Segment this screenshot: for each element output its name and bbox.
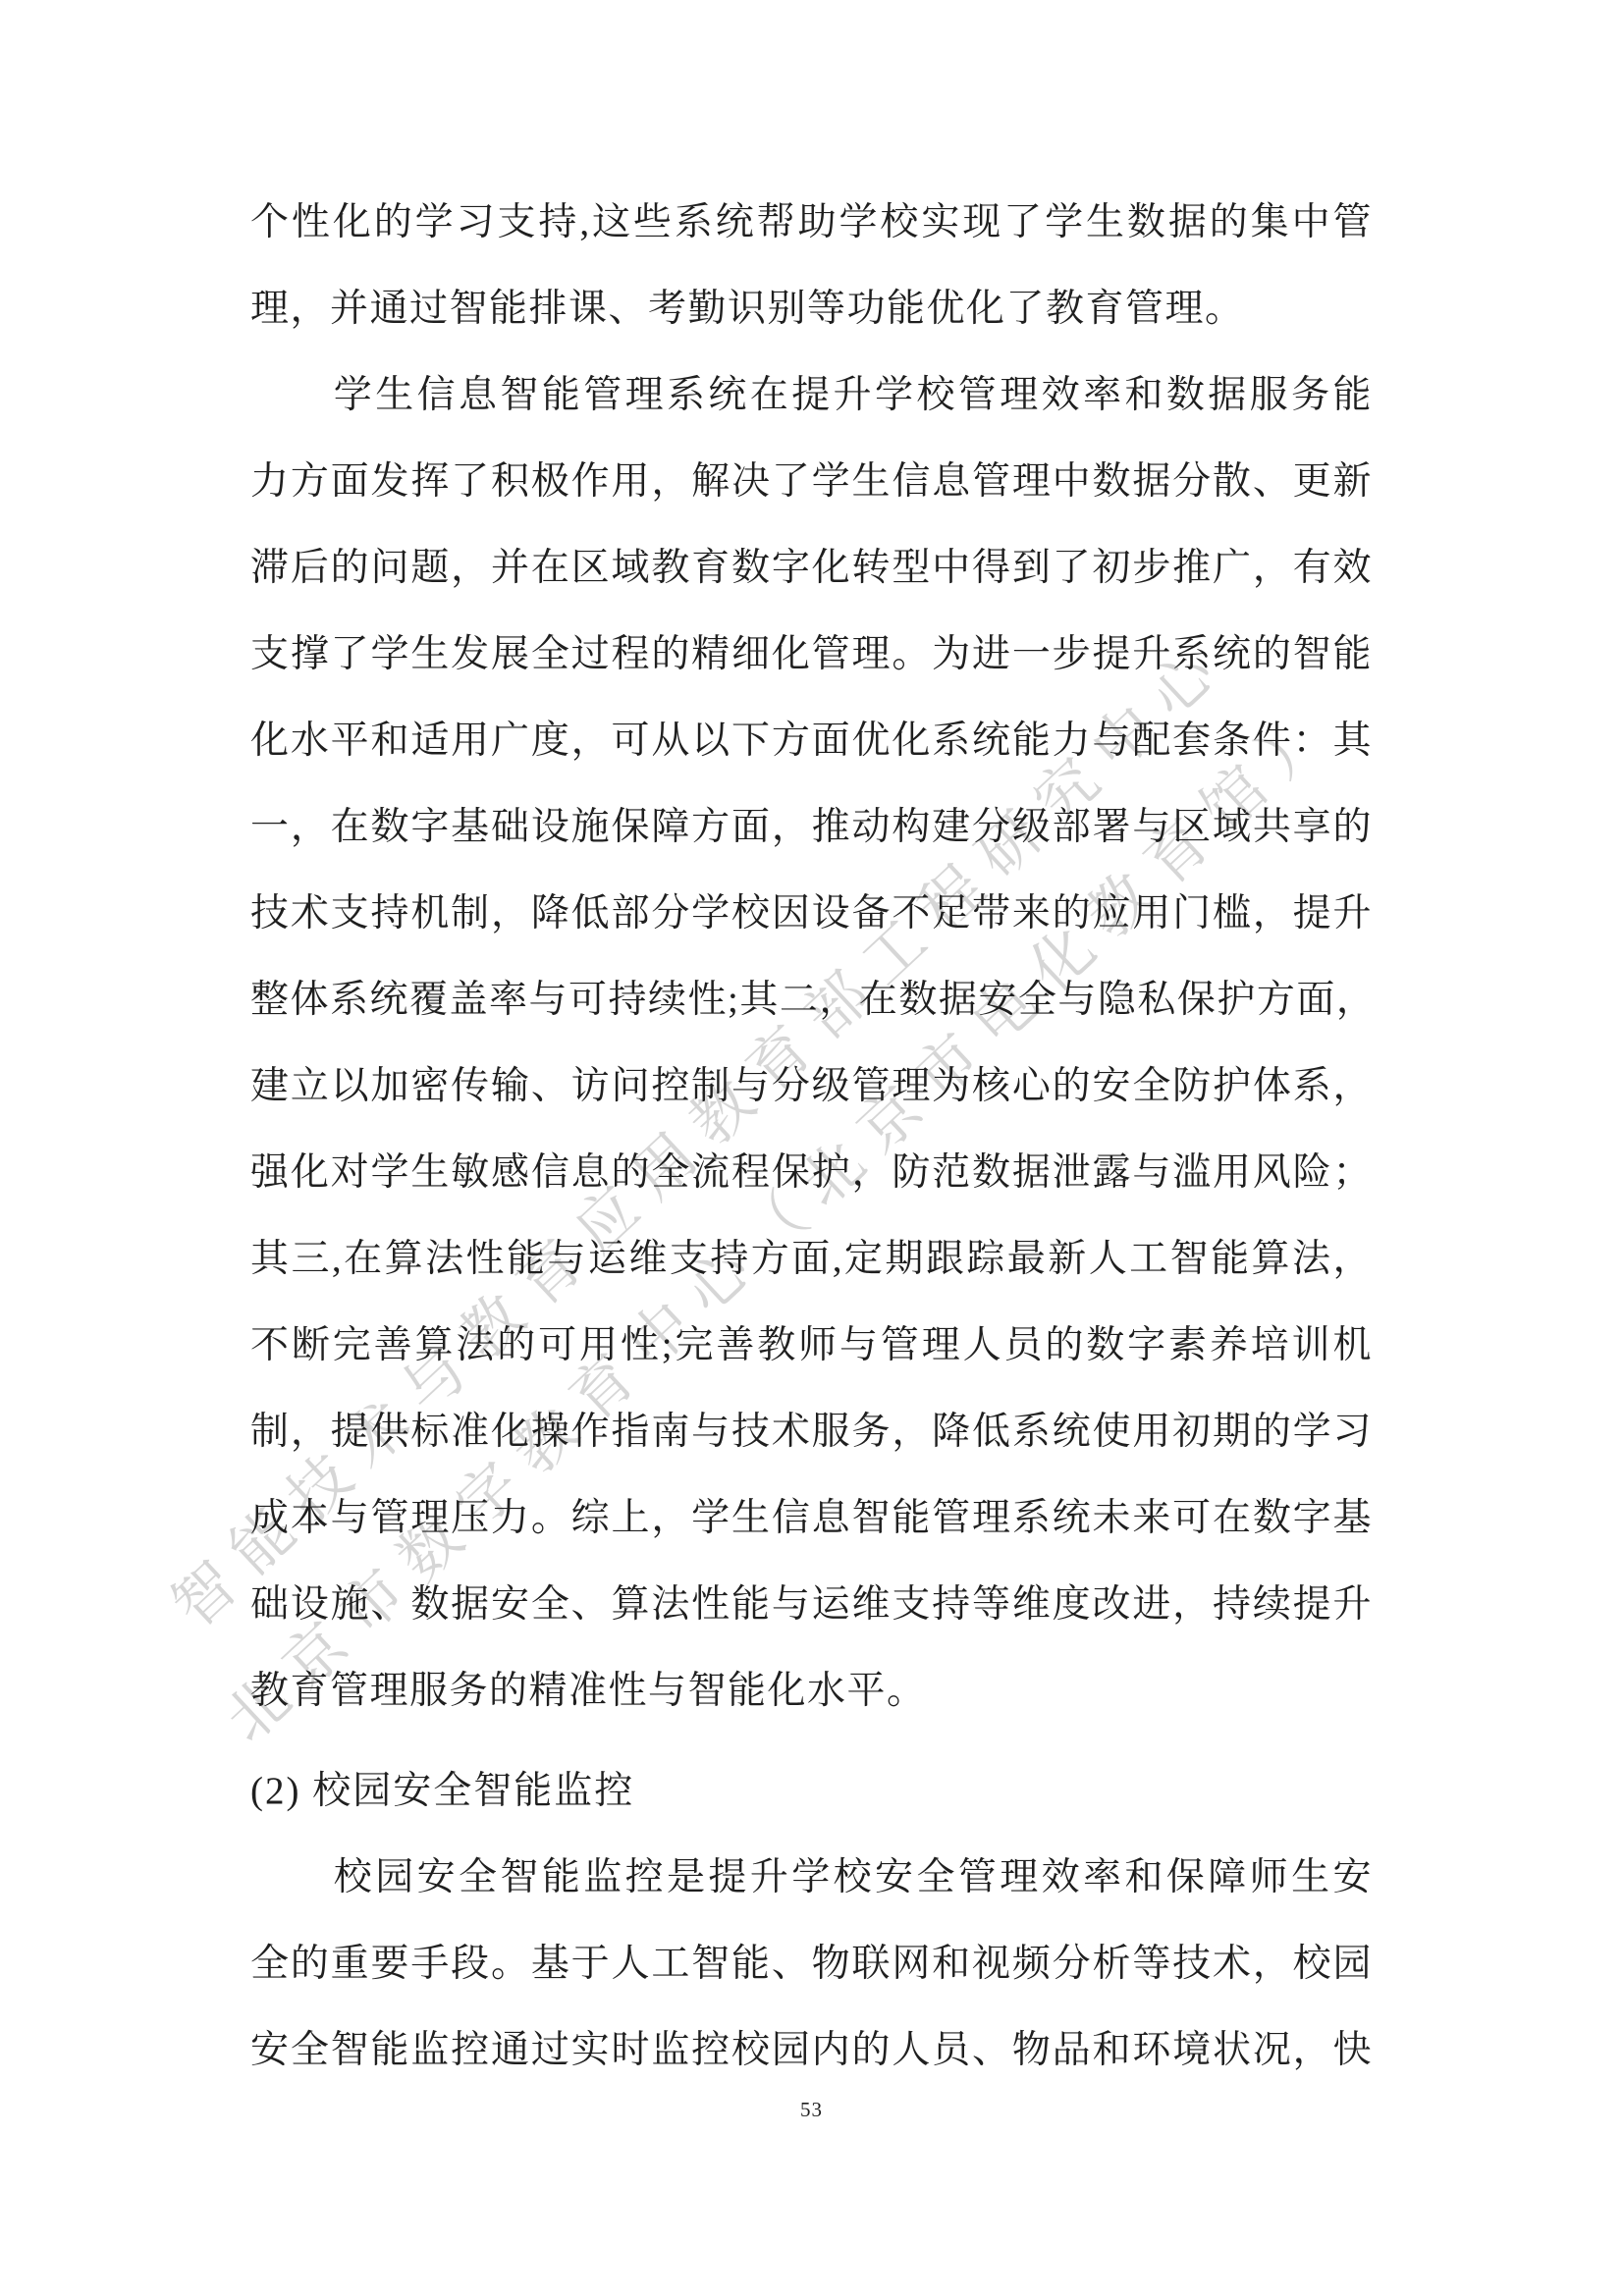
text-line: 建立以加密传输、访问控制与分级管理为核心的安全防护体系， xyxy=(250,1043,1373,1130)
text-line: 化水平和适用广度，可从以下方面优化系统能力与配套条件：其 xyxy=(250,698,1373,784)
text-line: 技术支持机制，降低部分学校因设备不足带来的应用门槛，提升 xyxy=(250,871,1373,957)
text-line: 全的重要手段。基于人工智能、物联网和视频分析等技术，校园 xyxy=(250,1921,1373,2007)
text-line: 校园安全智能监控是提升学校安全管理效率和保障师生安 xyxy=(250,1835,1373,1921)
text-line: 个性化的学习支持,这些系统帮助学校实现了学生数据的集中管 xyxy=(250,180,1373,266)
text-line: 学生信息智能管理系统在提升学校管理效率和数据服务能 xyxy=(250,352,1373,439)
text-line: 不断完善算法的可用性;完善教师与管理人员的数字素养培训机 xyxy=(250,1303,1373,1389)
text-line: 其三,在算法性能与运维支持方面,定期跟踪最新人工智能算法， xyxy=(250,1216,1373,1303)
body-text: 个性化的学习支持,这些系统帮助学校实现了学生数据的集中管 理，并通过智能排课、考… xyxy=(250,180,1373,2094)
text-line: 础设施、数据安全、算法性能与运维支持等维度改进，持续提升 xyxy=(250,1562,1373,1648)
text-line: 强化对学生敏感信息的全流程保护，防范数据泄露与滥用风险； xyxy=(250,1130,1373,1216)
text-line: 安全智能监控通过实时监控校园内的人员、物品和环境状况，快 xyxy=(250,2007,1373,2094)
text-line: 整体系统覆盖率与可持续性;其二，在数据安全与隐私保护方面， xyxy=(250,957,1373,1043)
text-line: 支撑了学生发展全过程的精细化管理。为进一步提升系统的智能 xyxy=(250,612,1373,698)
text-line: 教育管理服务的精准性与智能化水平。 xyxy=(250,1648,1373,1735)
section-heading: (2) 校园安全智能监控 xyxy=(250,1748,1373,1835)
text-line: 制，提供标准化操作指南与技术服务，降低系统使用初期的学习 xyxy=(250,1389,1373,1475)
text-line: 力方面发挥了积极作用，解决了学生信息管理中数据分散、更新 xyxy=(250,439,1373,525)
page-number: 53 xyxy=(0,2095,1623,2124)
text-line: 理，并通过智能排课、考勤识别等功能优化了教育管理。 xyxy=(250,266,1373,352)
text-line: 一，在数字基础设施保障方面，推动构建分级部署与区域共享的 xyxy=(250,784,1373,871)
text-line: 滞后的问题，并在区域教育数字化转型中得到了初步推广，有效 xyxy=(250,525,1373,612)
text-line: 成本与管理压力。综上，学生信息智能管理系统未来可在数字基 xyxy=(250,1475,1373,1562)
document-page: 智能技术与教育应用教育部工程研究中心 北京市数字教育中心（北京市电化教育馆） 个… xyxy=(0,0,1623,2296)
